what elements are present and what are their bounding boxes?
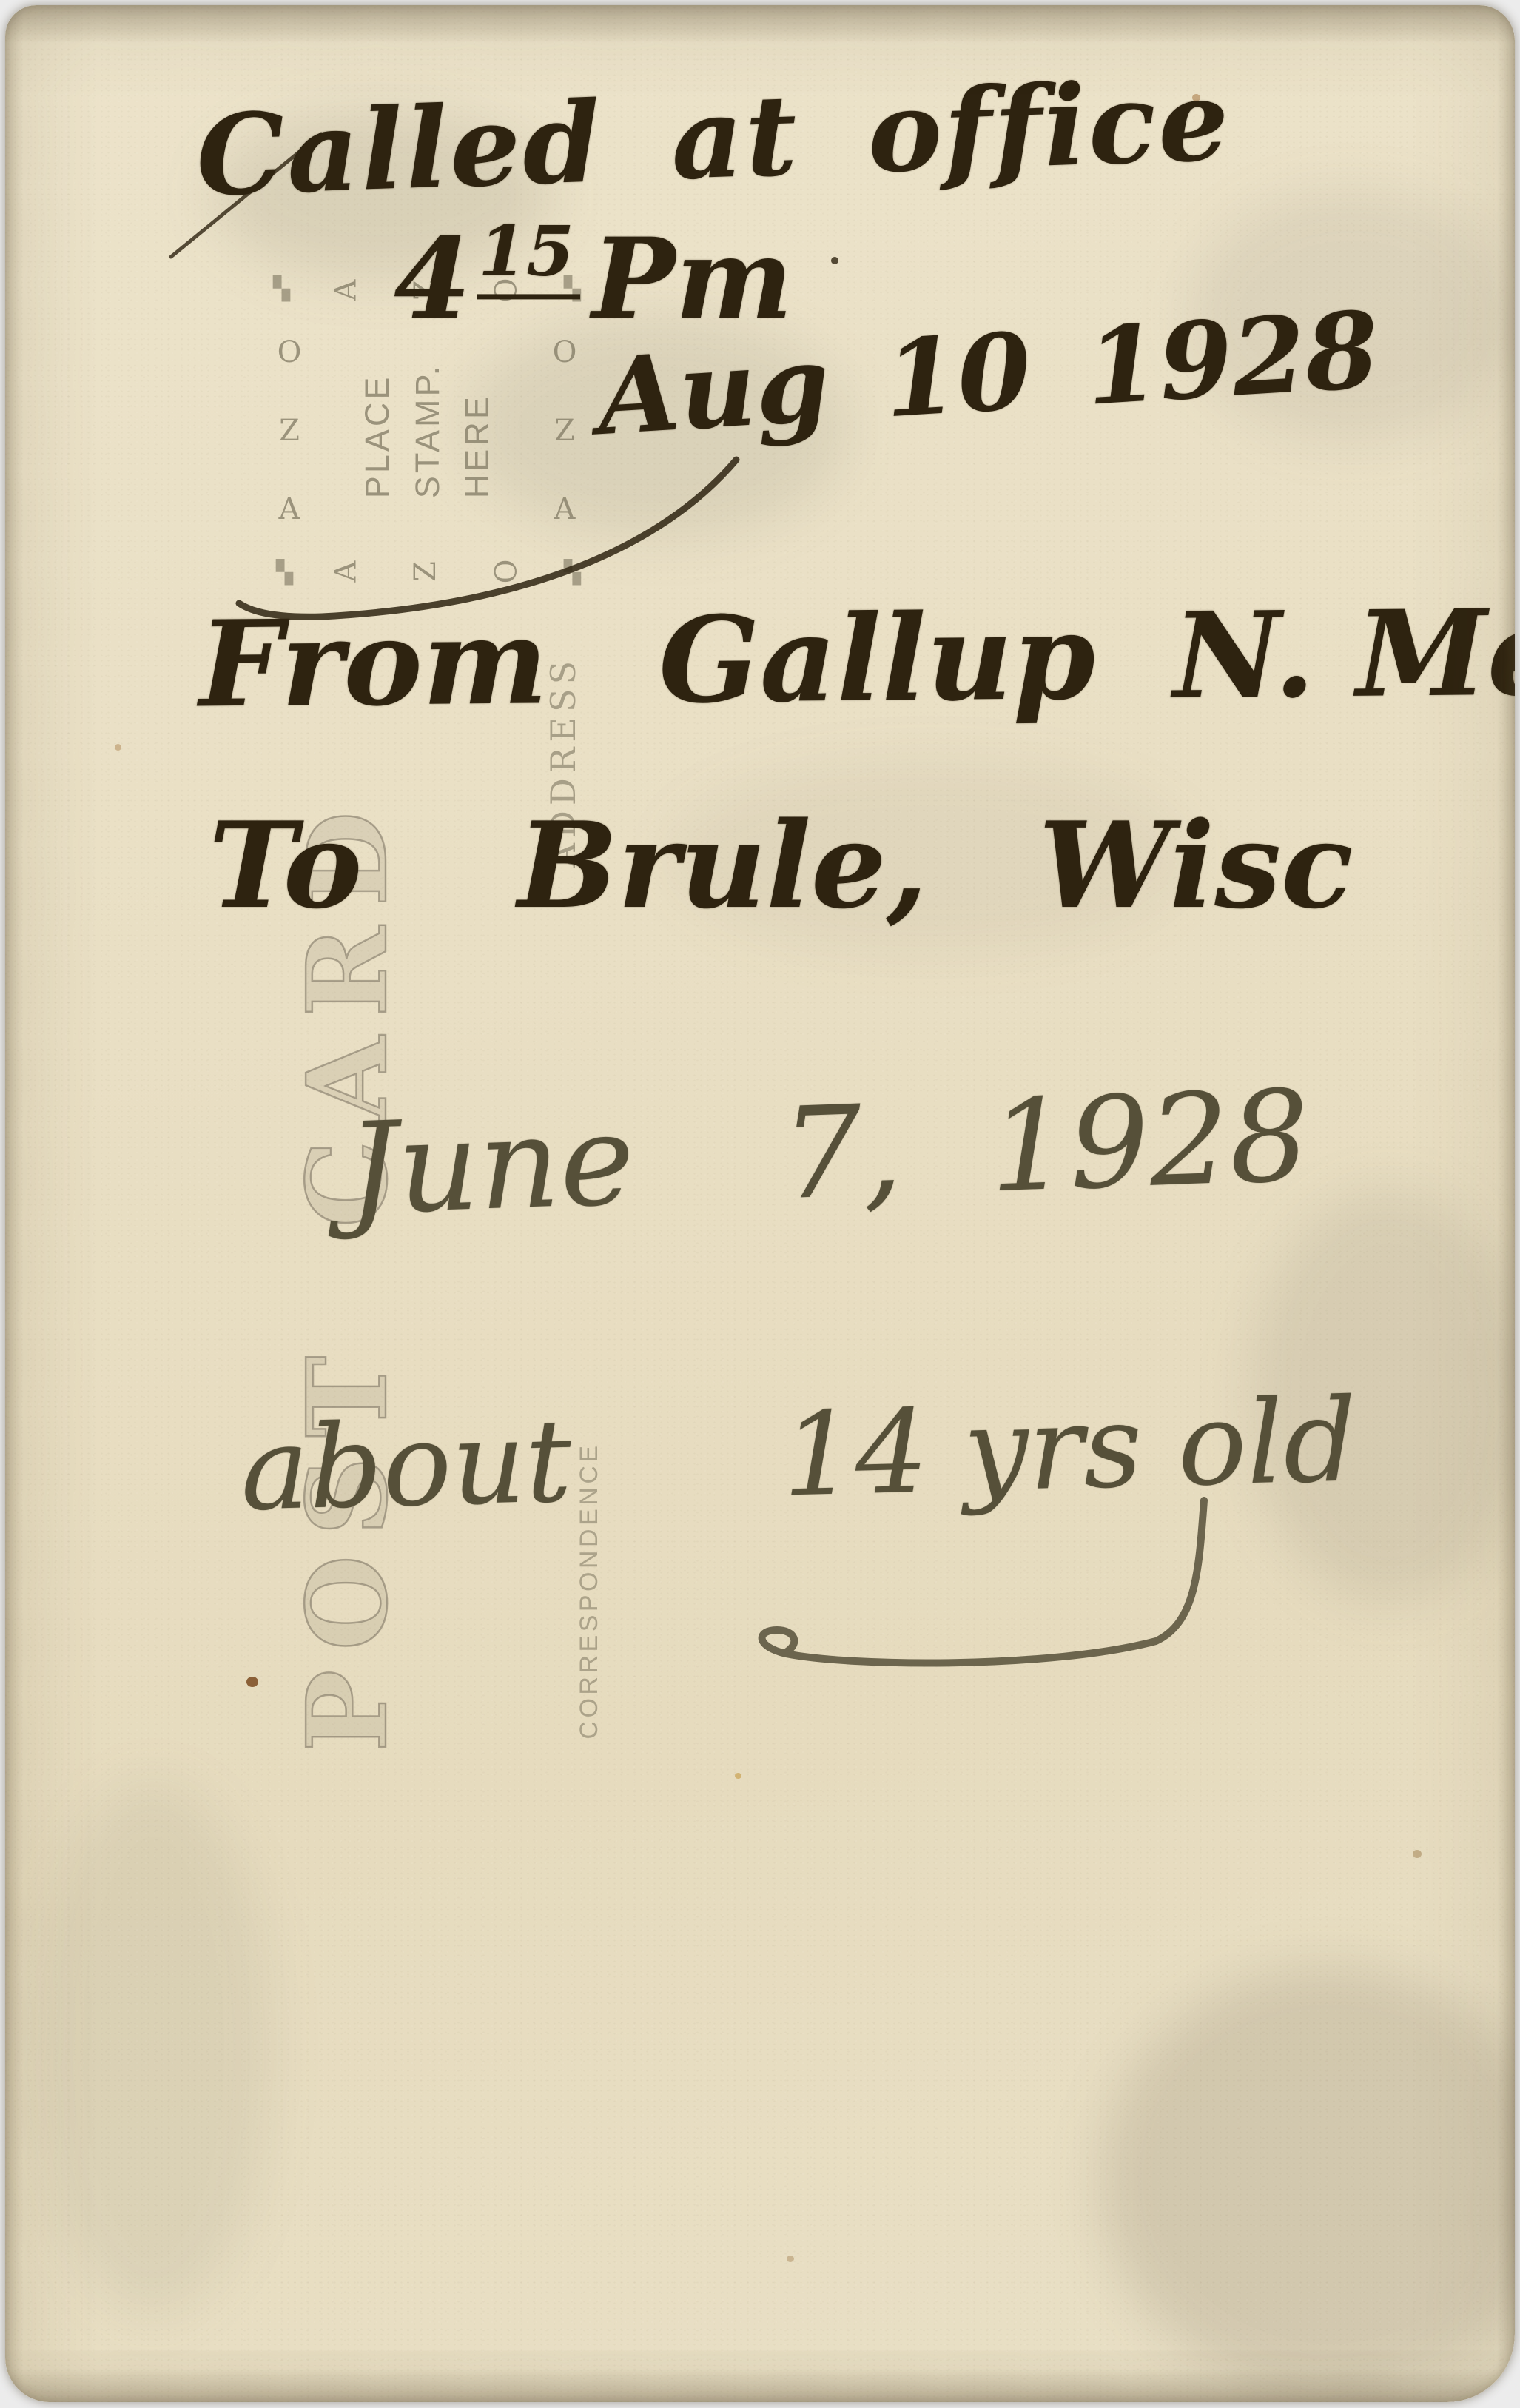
azo-letter: O xyxy=(278,335,302,369)
to-region: Wisc xyxy=(1039,796,1353,935)
stamp-corner-ornament: ▚ xyxy=(564,560,581,586)
from-place: Gallup xyxy=(658,587,1096,730)
stamp-border-letters-right: O Z A xyxy=(547,335,582,526)
time-meridiem: Pm xyxy=(592,214,793,344)
handwriting-to-line: ToBrule,Wisc xyxy=(209,796,1353,935)
handwriting-photo-date: June7,1928 xyxy=(345,1063,1312,1243)
photo-date-day: 7, xyxy=(779,1078,904,1229)
postcard-back: POST CARD ADDRESS CORRESPONDENCE ▚ ▚ ▚ ▚… xyxy=(5,5,1515,2402)
stamp-text-line: HERE xyxy=(452,363,502,498)
to-place: Brule, xyxy=(517,796,927,935)
azo-letter: Z xyxy=(554,414,575,448)
azo-letter: Z xyxy=(279,414,300,448)
azo-letter: A xyxy=(554,492,576,526)
to-label: To xyxy=(209,796,362,935)
stamp-corner-ornament: ▚ xyxy=(273,276,290,302)
stamp-corner-ornament: ▚ xyxy=(276,560,293,586)
from-region: N. Mex xyxy=(1172,583,1515,725)
foxing-spot xyxy=(1413,1850,1422,1858)
post-card-imprint: POST CARD xyxy=(283,834,408,1752)
foxing-spot xyxy=(115,744,121,751)
age-word: old xyxy=(1176,1373,1359,1512)
handwriting-age-note: about14yrsold xyxy=(239,1373,1359,1536)
azo-letter: A xyxy=(329,280,363,301)
from-label: From xyxy=(198,591,548,734)
stain xyxy=(1100,1967,1515,2396)
age-word: 14 xyxy=(781,1384,930,1522)
handwriting-time: 415Pm xyxy=(394,214,793,344)
stamp-border-letters-bottom: A Z O xyxy=(335,554,519,588)
foxing-spot xyxy=(246,1677,258,1687)
foxing-spot xyxy=(735,1773,741,1779)
stamp-border-letters-left: O Z A xyxy=(272,335,307,526)
handwriting-from-line: FromGallupN. Mex xyxy=(198,583,1515,734)
stamp-text-line: PLACE xyxy=(352,363,403,498)
handwriting-called-at-office: Called at office xyxy=(194,56,1233,222)
stamp-text-line: STAMP. xyxy=(402,363,452,498)
foxing-spot xyxy=(787,2256,794,2262)
time-minutes-superscript: 15 xyxy=(477,210,579,299)
place-stamp-here-label: PLACE STAMP. HERE xyxy=(352,363,502,498)
age-word: yrs xyxy=(962,1379,1144,1517)
azo-letter: O xyxy=(490,560,524,584)
ink-dot xyxy=(831,257,838,264)
azo-letter: Z xyxy=(408,561,443,582)
azo-letter: A xyxy=(329,561,363,583)
photo-date-month: June xyxy=(345,1087,636,1243)
photo-date-year: 1928 xyxy=(986,1063,1311,1221)
stain xyxy=(35,1782,272,2315)
azo-letter: A xyxy=(279,492,300,526)
time-hour: 4 xyxy=(394,214,471,344)
age-word: about xyxy=(239,1394,574,1537)
